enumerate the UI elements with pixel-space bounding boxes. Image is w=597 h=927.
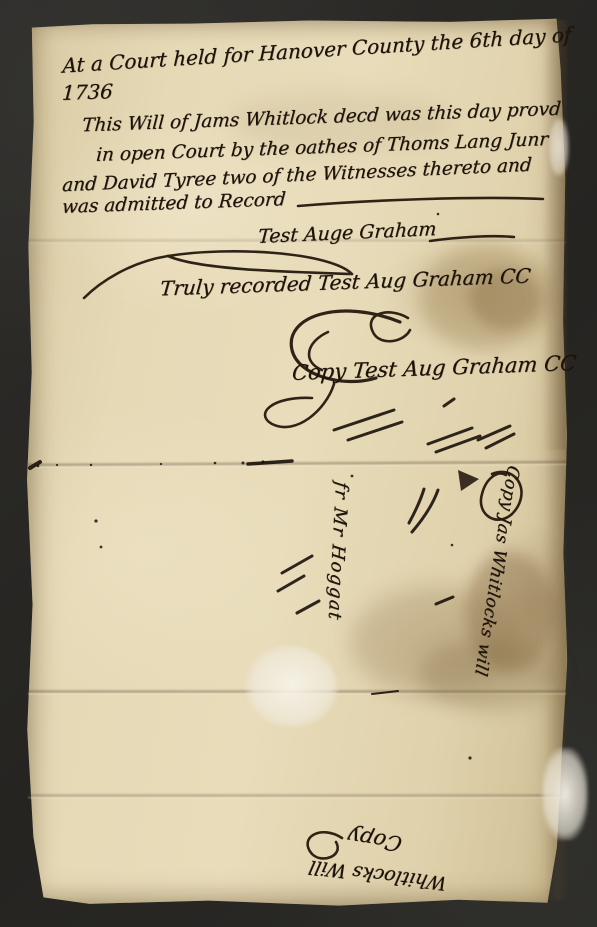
fold-crease xyxy=(28,793,566,799)
page-edge-fold xyxy=(543,20,567,450)
repair-patch xyxy=(246,645,338,727)
scanned-document-photo: At a Court held for Hanover County the 6… xyxy=(0,0,597,927)
manuscript-line-2: 1736 xyxy=(61,79,113,105)
repair-patch xyxy=(542,748,588,840)
repair-patch xyxy=(549,118,569,176)
